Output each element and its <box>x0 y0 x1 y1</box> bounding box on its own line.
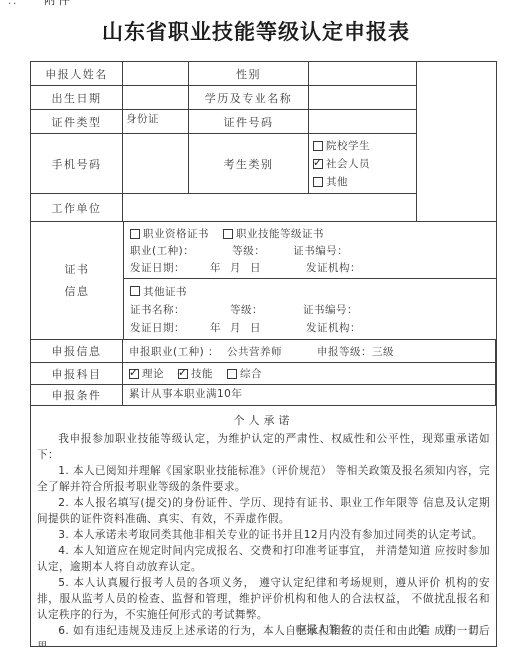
declare-subjects-label: 申报科目 <box>31 363 123 384</box>
work-unit-field[interactable] <box>123 194 417 221</box>
row-phone-candidate-type: 手机号码 考生类别 院校学生 社会人员 其他 <box>31 134 417 194</box>
photo-area[interactable] <box>417 62 496 221</box>
certificate-sub2: 其他证书 证书名称： 等级： 证书编号： 发证日期： 年 月 日 发证机构： <box>124 279 496 339</box>
issuer-label: 发证机构： <box>306 260 361 275</box>
day-label: 日 <box>469 622 480 637</box>
row-declare-condition: 申报条件 累计从事本职业满10年 <box>31 385 496 406</box>
option-label: 其他 <box>326 174 348 189</box>
commitment-paragraph: 我申报参加职业技能等级认定，为维护认定的严肃性、权威性和公平性，现郑重承诺如下： <box>37 431 490 463</box>
phone-label: 手机号码 <box>31 134 123 193</box>
checkbox-icon[interactable] <box>178 369 188 379</box>
row-applicant-name: 申报人姓名 性别 <box>31 62 417 86</box>
row-declare-subjects: 申报科目 理论 技能 综合 <box>31 363 496 385</box>
personal-commitment-section: 个人承诺 我申报参加职业技能等级认定，为维护认定的严肃性、权威性和公平性，现郑重… <box>31 406 496 646</box>
birth-date-label: 出生日期 <box>31 86 123 109</box>
level-label: 等级： <box>230 302 263 317</box>
certificate-info-section: 证书 信息 职业资格证书 职业技能等级证书 职业(工种)： 等级： 证书编号： … <box>31 222 496 340</box>
option-social-personnel[interactable]: 社会人员 <box>313 155 370 173</box>
applicant-name-label: 申报人姓名 <box>31 62 123 85</box>
declare-occupation-value[interactable]: 公共营养师 <box>227 344 282 359</box>
row-birth-date: 出生日期 学历及专业名称 <box>31 86 417 110</box>
other-cert-label: 其他证书 <box>143 284 187 299</box>
personal-info-section: 申报人姓名 性别 出生日期 学历及专业名称 证件类型 身份证 证件号码 手机号码 <box>31 62 496 222</box>
vocational-qualification-cert-label: 职业资格证书 <box>143 226 209 241</box>
day-label: 日 <box>250 260 261 275</box>
declare-level-label: 申报等级： <box>317 344 372 359</box>
certificate-info-label: 证书 信息 <box>31 222 124 339</box>
phone-field[interactable] <box>123 134 189 193</box>
checkbox-icon[interactable] <box>130 286 140 296</box>
attachment-label-clipped: 附件 <box>44 0 88 7</box>
id-number-field[interactable] <box>309 110 417 133</box>
work-unit-label: 工作单位 <box>31 194 123 221</box>
month-label: 月 <box>443 622 454 637</box>
checkbox-icon[interactable] <box>313 159 323 169</box>
commitment-paragraphs: 我申报参加职业技能等级认定，为维护认定的严肃性、权威性和公平性，现郑重承诺如下：… <box>37 431 490 646</box>
row-declare-info: 申报信息 申报职业(工种) ： 公共营养师 申报等级： 三级 <box>31 340 496 363</box>
year-label: 年 <box>210 260 221 275</box>
signature-row: 申报人签名： 年 月 日 <box>295 622 480 637</box>
corner-marks: ·· <box>8 0 18 10</box>
declare-condition-label: 申报条件 <box>31 385 123 405</box>
cert-no-label: 证书编号： <box>293 243 348 258</box>
applicant-name-field[interactable] <box>123 62 189 85</box>
issue-date-label: 发证日期： <box>130 320 185 335</box>
row-id-type: 证件类型 身份证 证件号码 <box>31 110 417 134</box>
issuer-label: 发证机构： <box>306 320 361 335</box>
level-label: 等级： <box>232 243 265 258</box>
subject-comprehensive-label: 综合 <box>240 366 262 381</box>
option-other[interactable]: 其他 <box>313 173 348 191</box>
cert-no-label: 证书编号： <box>303 302 358 317</box>
page-title: 山东省职业技能等级认定申报表 <box>0 16 512 46</box>
year-label: 年 <box>417 622 428 637</box>
candidate-type-label: 考生类别 <box>189 134 309 193</box>
id-type-field[interactable]: 身份证 <box>123 110 189 133</box>
application-form-table: 申报人姓名 性别 出生日期 学历及专业名称 证件类型 身份证 证件号码 手机号码 <box>30 61 497 647</box>
occupation-label: 职业(工种)： <box>130 243 194 258</box>
id-type-label: 证件类型 <box>31 110 123 133</box>
commitment-paragraph: 2. 本人报名填写(提交)的身份证件、学历、现持有证书、职业工作年限等 信息及认… <box>37 495 490 527</box>
id-number-label: 证件号码 <box>189 110 309 133</box>
checkbox-icon[interactable] <box>313 141 323 151</box>
declare-occupation-label: 申报职业(工种) ： <box>129 344 219 359</box>
checkbox-icon[interactable] <box>227 369 237 379</box>
gender-field[interactable] <box>309 62 417 85</box>
declare-info-label: 申报信息 <box>31 340 123 362</box>
commitment-paragraph: 4. 本人知道应在规定时间内完成报名、交费和打印准考证事宜， 并清楚知道 应按时… <box>37 543 490 575</box>
option-label: 社会人员 <box>326 156 370 171</box>
declare-subjects-content: 理论 技能 综合 <box>123 363 496 384</box>
commitment-paragraph: 3. 本人承诺未考取同类其他非相关专业的证书并且12月内没有参加过同类的认定考试… <box>37 527 490 543</box>
month-label: 月 <box>230 320 241 335</box>
subject-skill-label: 技能 <box>191 366 213 381</box>
skill-level-cert-label: 职业技能等级证书 <box>236 226 324 241</box>
year-label: 年 <box>210 320 221 335</box>
commitment-paragraph: 5. 本人认真履行报考人员的各项义务， 遵守认定纪律和考场规则，遵从评价 机构的… <box>37 575 490 623</box>
commitment-paragraph: 1. 本人已阅知并理解《国家职业技能标准》（评价规范） 等相关政策及报名须知内容… <box>37 463 490 495</box>
row-work-unit: 工作单位 <box>31 194 417 221</box>
declare-condition-value[interactable]: 累计从事本职业满10年 <box>123 385 496 405</box>
commitment-title: 个人承诺 <box>37 412 490 428</box>
certificate-sub1: 职业资格证书 职业技能等级证书 职业(工种)： 等级： 证书编号： 发证日期： … <box>124 222 496 279</box>
option-label: 院校学生 <box>326 138 370 153</box>
checkbox-icon[interactable] <box>313 177 323 187</box>
declare-info-content: 申报职业(工种) ： 公共营养师 申报等级： 三级 <box>123 340 496 362</box>
month-label: 月 <box>230 260 241 275</box>
birth-date-field[interactable] <box>123 86 189 109</box>
education-field[interactable] <box>309 86 417 109</box>
checkbox-icon[interactable] <box>129 369 139 379</box>
candidate-type-options: 院校学生 社会人员 其他 <box>309 134 417 193</box>
gender-label: 性别 <box>189 62 309 85</box>
day-label: 日 <box>250 320 261 335</box>
issue-date-label: 发证日期： <box>130 260 185 275</box>
education-label: 学历及专业名称 <box>189 86 309 109</box>
option-school-student[interactable]: 院校学生 <box>313 137 370 155</box>
checkbox-icon[interactable] <box>223 229 233 239</box>
signature-label: 申报人签名： <box>295 622 362 637</box>
declare-level-value[interactable]: 三级 <box>372 344 394 359</box>
checkbox-icon[interactable] <box>130 229 140 239</box>
subject-theory-label: 理论 <box>142 366 164 381</box>
cert-name-label: 证书名称： <box>130 302 185 317</box>
